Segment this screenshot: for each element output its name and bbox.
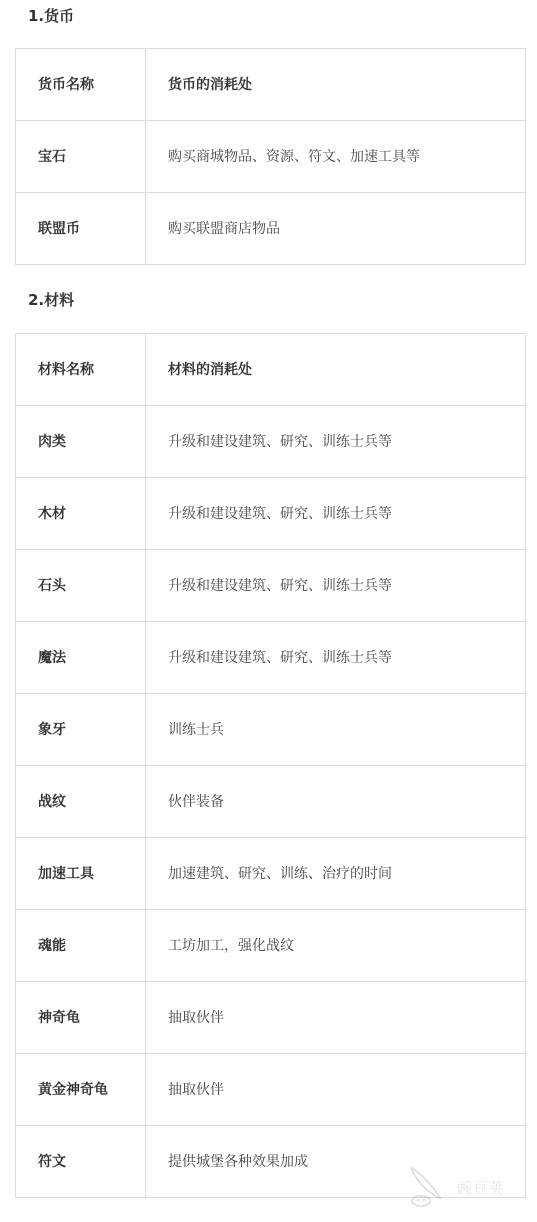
header-cell-name: 货币名称 xyxy=(16,49,146,121)
cell-use: 购买商城物品、资源、符文、加速工具等 xyxy=(146,121,526,193)
table-row: 神奇龟 抽取伙伴 xyxy=(16,982,526,1054)
table-row: 宝石 购买商城物品、资源、符文、加速工具等 xyxy=(16,121,526,193)
cell-name: 符文 xyxy=(16,1126,146,1198)
cell-name: 象牙 xyxy=(16,694,146,766)
table-row: 木材 升级和建设建筑、研究、训练士兵等 xyxy=(16,478,526,550)
table-row: 战纹 伙伴装备 xyxy=(16,766,526,838)
table-row: 石头 升级和建设建筑、研究、训练士兵等 xyxy=(16,550,526,622)
header-cell-name: 材料名称 xyxy=(16,334,146,406)
currency-table: 货币名称 货币的消耗处 宝石 购买商城物品、资源、符文、加速工具等 联盟币 购买… xyxy=(15,48,526,265)
table-row: 魔法 升级和建设建筑、研究、训练士兵等 xyxy=(16,622,526,694)
header-cell-use: 货币的消耗处 xyxy=(146,49,526,121)
cell-use: 提供城堡各种效果加成 xyxy=(146,1126,526,1198)
section-title-materials: 2.材料 xyxy=(28,290,74,310)
cell-name: 神奇龟 xyxy=(16,982,146,1054)
cell-use: 加速建筑、研究、训练、治疗的时间 xyxy=(146,838,526,910)
cell-name: 肉类 xyxy=(16,406,146,478)
cell-use: 购买联盟商店物品 xyxy=(146,193,526,265)
table-header-row: 材料名称 材料的消耗处 xyxy=(16,334,526,406)
cell-use: 抽取伙伴 xyxy=(146,982,526,1054)
cell-name: 魔法 xyxy=(16,622,146,694)
cell-use: 升级和建设建筑、研究、训练士兵等 xyxy=(146,550,526,622)
header-cell-use: 材料的消耗处 xyxy=(146,334,526,406)
cell-name: 加速工具 xyxy=(16,838,146,910)
cell-use: 抽取伙伴 xyxy=(146,1054,526,1126)
table-row: 加速工具 加速建筑、研究、训练、治疗的时间 xyxy=(16,838,526,910)
cell-name: 宝石 xyxy=(16,121,146,193)
cell-name: 黄金神奇龟 xyxy=(16,1054,146,1126)
table-header-row: 货币名称 货币的消耗处 xyxy=(16,49,526,121)
cell-name: 魂能 xyxy=(16,910,146,982)
cell-use: 工坊加工，强化战纹 xyxy=(146,910,526,982)
cell-use: 升级和建设建筑、研究、训练士兵等 xyxy=(146,478,526,550)
section-title-currency: 1.货币 xyxy=(28,6,74,26)
cell-name: 石头 xyxy=(16,550,146,622)
cell-use: 升级和建设建筑、研究、训练士兵等 xyxy=(146,406,526,478)
table-row: 符文 提供城堡各种效果加成 xyxy=(16,1126,526,1198)
cell-name: 木材 xyxy=(16,478,146,550)
table-row: 魂能 工坊加工，强化战纹 xyxy=(16,910,526,982)
table-row: 象牙 训练士兵 xyxy=(16,694,526,766)
cell-name: 联盟币 xyxy=(16,193,146,265)
table-row: 联盟币 购买联盟商店物品 xyxy=(16,193,526,265)
cell-use: 伙伴装备 xyxy=(146,766,526,838)
cell-use: 训练士兵 xyxy=(146,694,526,766)
materials-table: 材料名称 材料的消耗处 肉类 升级和建设建筑、研究、训练士兵等 木材 升级和建设… xyxy=(15,333,526,1198)
table-row: 黄金神奇龟 抽取伙伴 xyxy=(16,1054,526,1126)
cell-use: 升级和建设建筑、研究、训练士兵等 xyxy=(146,622,526,694)
table-row: 肉类 升级和建设建筑、研究、训练士兵等 xyxy=(16,406,526,478)
cell-name: 战纹 xyxy=(16,766,146,838)
